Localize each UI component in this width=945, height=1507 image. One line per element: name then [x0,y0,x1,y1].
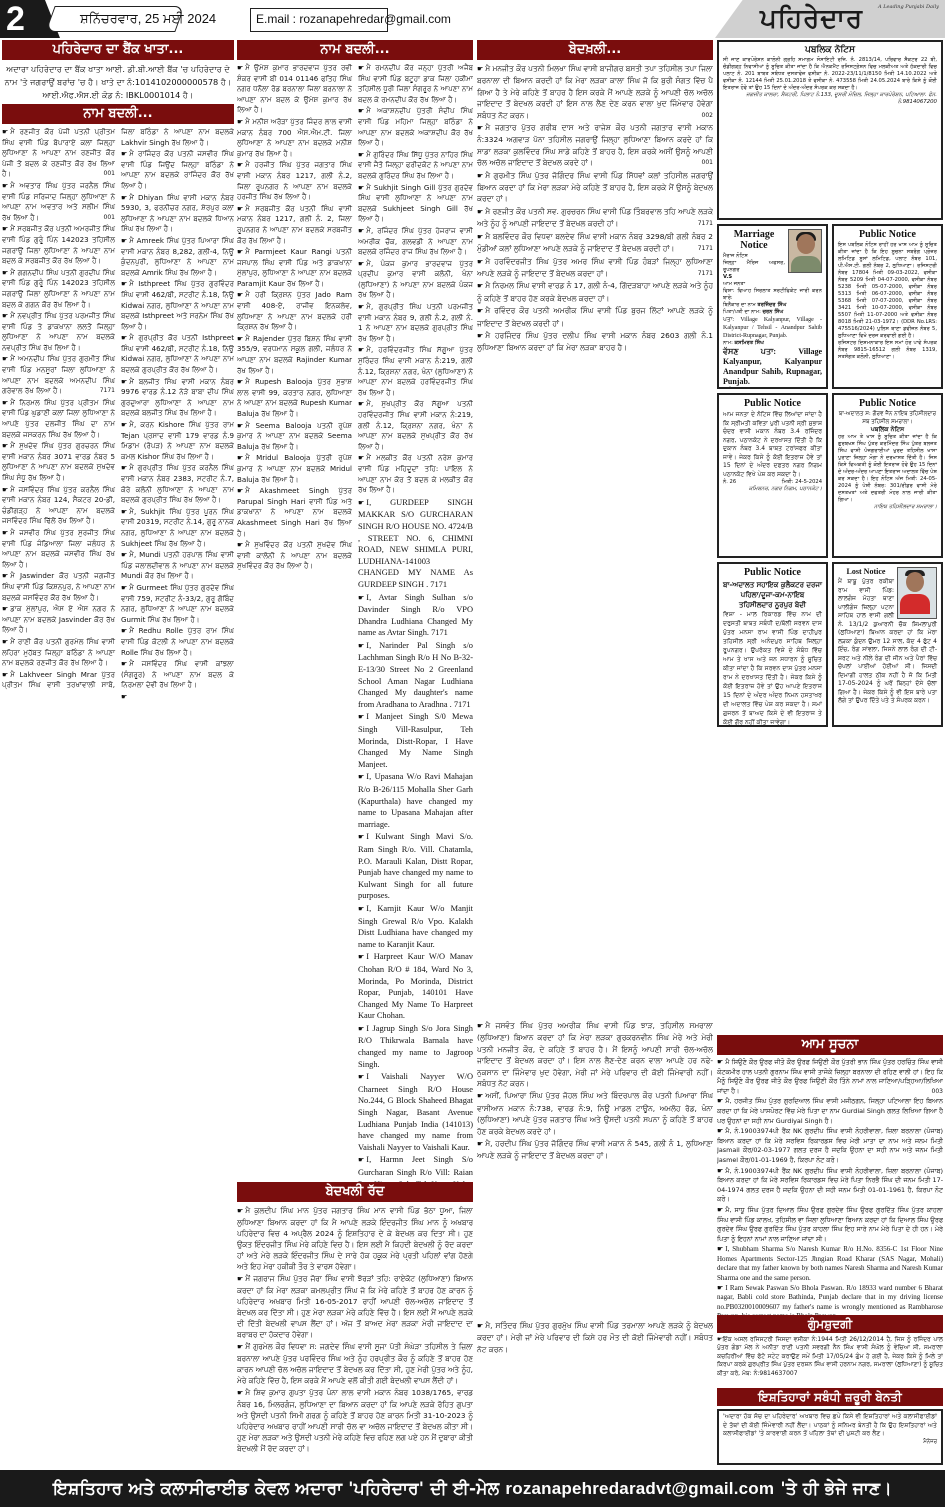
pointing-hand-icon: ☛ [477,172,483,180]
list-item: ☛ਮੈ ਉਮੇਸ਼ ਕੁਮਾਰ ਭਾਰਦਵਾਜ ਪੁੱਤਰ ਰਵੀ ਸ਼ੰਕਰ … [237,63,352,116]
footer-email[interactable]: rozanapehredaradvt@gmail.com [505,1479,774,1498]
list-item: ☛ਮੈ Parmjeet Kaur Rangi ਪਤਨੀ ਜਸਪਾਲ ਸਿੰਘ … [237,247,352,289]
list-item: ☛ਮੈ Akashmeet Singh ਪੁੱਤਰ Parupal Singh … [237,486,352,539]
pointing-hand-icon: ☛ [121,551,127,559]
list-item: ☛ਮੈ ਰਵਿੰਦਰ ਕੌਰ ਪਤਨੀ ਅਮਰੀਕ ਸਿੰਘ ਵਾਸੀ ਪਿੰਡ… [477,305,713,329]
list-item: ☛ਮੈ ਹਰਜੀਤ ਸਿੰਘ ਪੁੱਤਰ ਜਗਤਾਰ ਸਿੰਘ ਵਾਸੀ ਮਕਾ… [237,160,352,202]
list-item: ☛ਮੈਂ ਸਰਬਜੀਤ ਕੌਰ ਪਤਨੀ ਅਮਰਜੀਤ ਸਿੰਘ ਵਾਸੀ ਪਿ… [2,224,115,266]
list-item: ☛ਡਾਕ ਮੁੱਲਾਂਪੁਰ, ਐਸ ਏ ਐਸ ਨਗਰ ਨੇ ਆਪਣਾ ਨਾਮ … [2,604,115,636]
lost-property-heading: ਗੁੰਮਸ਼ੁਦਗੀ [717,1315,943,1333]
pointing-hand-icon: ☛ [121,660,127,668]
pointing-hand-icon: ☛ [121,194,127,202]
list-item: ☛I, GURDEEP SINGH MAKKAR S/O GURCHARAN S… [358,497,473,591]
pointing-hand-icon: ☛ [237,1389,243,1397]
list-item: ☛ਮੈ, ਸੁਖਪ੍ਰੀਤ ਕੌਰ ਸੱਗੂਆ ਪਤਨੀ ਹਰਵਿੰਦਰਜੀਤ … [358,399,473,452]
list-item: ☛ਮੈ ਰਮਨਦੀਪ ਕੌਰ ਜਨ੍ਹਾ ਪੁੱਤਰੀ ਅਜੈਬ ਸਿੰਘ ਵਾ… [358,63,473,105]
list-item: ☛ਮੈ Isthpreet ਸਿੰਘ ਪੁੱਤਰ ਗੁਰਵਿੰਦਰ ਸਿੰਘ ਵ… [121,279,234,332]
name-change-heading: ਨਾਮ ਬਦਲੀ... [2,104,234,124]
list-item: ☛ਮੈਂ ਸੁਖਦੇਵ ਸਿੰਘ ਪੁੱਤਰ ਗੁਰਚਰਨ ਸਿੰਘ ਵਾਸੀ … [2,441,115,483]
pointing-hand-icon: ☛ [237,335,243,343]
list-item: ☛ਮੈ ਗੁਰਿੰਦਰ ਸਿੰਘ ਸਿੱਧੂ ਪੁੱਤਰ ਨਾਹਿਰ ਸਿੰਘ … [358,150,473,182]
pointing-hand-icon: ☛ [717,1245,723,1253]
pointing-hand-icon: ☛ [358,400,364,408]
pointing-hand-icon: ☛ [237,161,243,169]
pointing-hand-icon: ☛ [358,1156,364,1164]
pointing-hand-icon: ☛ [477,233,483,241]
list-item: ☛I, Shubham Sharma S/o Naresh Kumar R/o … [717,1245,943,1283]
masthead: 2 ਸ਼ਨਿੱਚਰਵਾਰ, 25 ਮਈ 2024 E.mail : rozana… [0,0,945,38]
list-item: ☛ਮੈ Gurmeet ਸਿੰਘ ਪੁੱਤਰ ਗੁਰਦੇਵ ਸਿੰਘ ਵਾਸੀ … [121,583,234,625]
list-item: ☛ਮੈ, ਗੁਰਪ੍ਰੀਤ ਸਿੰਘ ਪਤਨੀ ਪਰਮਜੀਤ ਵਾਸੀ ਮਕਾਨ… [358,302,473,344]
pointing-hand-icon: ☛ [477,1322,483,1330]
english-name-changes: ☛I, GURDEEP SINGH MAKKAR S/O GURCHARAN S… [358,497,473,1203]
list-item: ☛ਮੈਂ ਰਾਣੀ ਕੌਰ ਪਤਨੀ ਗੁਰਮੇਲ ਸਿੰਘ ਵਾਸੀ ਲਹਿਰ… [2,637,115,669]
list-item: ☛ਮੈ ਰਾਜਿੰਦਰ ਕੌਰ ਪਤਨੀ ਜਸਵੀਰ ਸਿੰਘ ਵਾਸੀ ਪਿੰ… [121,149,234,191]
list-item: ☛ਮੈ ਸ਼ਿਵ ਕੁਮਾਰ ਗੁਪਤਾ ਪੁੱਤਰ ਪੰਨਾ ਲਾਲ ਵਾਸੀ… [237,1387,473,1454]
public-notice-lost-deeds: Public Notice ਇਸ ਪਬਲਿਕ ਨੋਟਿਸ ਰਾਹੀਂ ਹਰ ਖਾ… [832,224,943,389]
pointing-hand-icon: ☛ [477,65,483,73]
list-item: ☛ਮੈ, ਹਰਦੀਪ ਸਿੰਘ ਪੁੱਤਰ ਜੋਗਿੰਦਰ ਸਿੰਘ ਵਾਸੀ … [477,1138,713,1162]
list-item: ☛ਮੈਂ ਮਲਕੀਤ ਕੌਰ ਪਤਨੀ ਨਰੇਸ਼ ਕੁਮਾਰ ਵਾਸੀ ਪਿੰ… [358,453,473,495]
list-item: ☛ਮੈ, ਹਰਜੀਤ ਸਿੰਘ ਪੁੱਤਰ ਗੁਰਦਿਆਲ ਸਿੰਘ ਵਾਸੀ … [717,1097,943,1126]
pointing-hand-icon: ☛ [2,128,8,136]
list-item: ☛ਮੈ, ਪੰਕਜ ਕੁਮਾਰ ਭਾਰਦਵਾਜ ਪੁੱਤਰ ਪ੍ਰਦੀਪ ਕੁਮ… [358,259,473,301]
logo-tagline: A Leading Punjabi Daily [878,4,939,10]
public-notice-nurpur-bedi: Public Notice ਬਾ-ਅਦਾਲਤ ਸਹਾਇਕ ਕੁਲੈਕਟਰ ਦਰਜ… [717,562,828,727]
list-item: ☛ਮੈ ਰਣਜੀਤ ਕੌਰ ਪੇਜੀ ਪਤਨੀ ਪ੍ਰੀਤਮ ਸਿੰਘ ਵਾਸੀ… [2,127,115,180]
pointing-hand-icon: ☛ [121,464,127,472]
pointing-hand-icon: ☛ [358,260,364,268]
list-item: ☛I, Upasana W/o Ravi Mahajan R/o B-26/11… [358,771,473,830]
pointing-hand-icon: ☛ [358,833,364,841]
list-item: ☛ਮੈਂ ਜਗਰਾਜ ਸਿੰਘ ਪੁੱਤਰ ਜੋਰਾ ਸਿੰਘ ਵਾਸੀ ਝੋਰ… [237,1273,473,1340]
issue-date: ਸ਼ਨਿੱਚਰਵਾਰ, 25 ਮਈ 2024 [80,11,216,27]
pointing-hand-icon: ☛ [237,291,243,299]
pointing-hand-icon: ☛ [2,442,8,450]
pointing-hand-icon: ☛ [358,454,364,462]
pointing-hand-icon: ☛ [477,332,483,340]
pointing-hand-icon: ☛ [358,303,364,311]
list-item: ☛ਮੈ ਹਰਜਿੰਦਰ ਸਿੰਘ ਪੁੱਤਰ ਦਲੀਪ ਸਿੰਘ ਵਾਸੀ ਮਕ… [477,330,713,354]
list-item: ☛ [121,692,234,703]
list-item: ☛ਮੈਂ ਗੁਰਮੇਲ ਕੌਰ ਵਿਧਵਾ ਸ: ਜਗਦੇਵ ਸਿੰਘ ਵਾਸੀ… [237,1341,473,1386]
list-item: ☛ਮੈ, ਸਾਧੂ ਸਿੰਘ ਪੁੱਤਰ ਦਿਆਲ ਸਿੰਘ ਉਰਫ ਗੁਰਦੇ… [717,1206,943,1244]
pointing-hand-icon: ☛ [477,282,483,290]
list-item: ☛ਮੈਂ Dhiyan ਸਿੰਘ ਵਾਸੀ ਮਕਾਨ ਨੰਬਰ 5930, 3,… [121,193,234,235]
list-item: ☛ਮੈ ਬਲਵਿੰਦਰ ਕੌਰ ਵਿਧਵਾ ਬਲਦੇਵ ਸਿੰਘ ਵਾਸੀ ਮਕ… [477,231,713,255]
list-item: ☛I, Narinder Pal Singh s/o Lachhman Sing… [358,640,473,711]
pointing-hand-icon: ☛ [477,1022,483,1030]
pointing-hand-icon: ☛ [237,1275,243,1283]
list-item: ☛ਮੈ ਜਸਵੀਰ ਸਿੰਘ ਪੁੱਤਰ ਸੁਰਜੀਤ ਸਿੰਘ ਵਾਸੀ ਪਿ… [2,528,115,570]
name-change-list-a: ☛ਮੈ ਉਮੇਸ਼ ਕੁਮਾਰ ਭਾਰਦਵਾਜ ਪੁੱਤਰ ਰਵੀ ਸ਼ੰਕਰ … [237,63,352,1203]
list-item: ☛ਮੈ ਸਰਬਜੀਤ ਕੌਰ ਪਤਨੀ ਸਿੰਘ ਵਾਸੀ ਮਕਾਨ ਨੰਬਰ … [237,204,352,246]
column-1: ਪਹਿਰੇਦਾਰ ਦਾ ਬੈਂਕ ਖਾਤਾ... ਅਦਾਰਾ ਪਹਿਰੇਦਾਰ … [2,40,234,1460]
pointing-hand-icon: ☛ [237,1207,243,1215]
lost-child-notice: Lost Notice ਮੈਂ ਬਾਬੂ ਪੁੱਤਰ ਰਕੀਬਾ ਰਾਮ ਵਾਸ… [832,562,943,727]
list-item: ☛ਅਸੀਂ, ਪਿਆਰਾ ਸਿੰਘ ਪੁੱਤਰ ਜੋਹਲ ਸਿੰਘ ਅਤੇ ਬਿ… [477,1090,713,1137]
pointing-hand-icon: ☛ [121,627,127,635]
pointing-hand-icon: ☛ [2,399,8,407]
list-item: ☛ਮੈ ਜਗਤਾਰ ਪੁੱਤਰ ਗਰੀਬ ਦਾਸ ਅਤੇ ਰਾਜੇਸ਼ ਕੌਰ … [477,122,713,169]
cancellation-heading: ਬੇਦਖਲੀ ਰੱਦ [237,1182,473,1202]
pointing-hand-icon: ☛ [358,227,364,235]
pointing-hand-icon: ☛ [237,487,243,495]
bank-account-heading: ਪਹਿਰੇਦਾਰ ਦਾ ਬੈਂਕ ਖਾਤਾ... [2,40,234,60]
list-item: ☛ਮੈ ਹਰਵਿੰਦਰਜੀਤ ਸਿੰਘ ਪੁੱਤਰ ਅਮਰ ਸਿੰਘ ਵਾਸੀ … [477,256,713,280]
list-item: ☛ਮੈ, Mundi ਪਤਨੀ ਹਰਪਾਲ ਸਿੰਘ ਵਾਸੀ ਪਿੰਡ ਜਲਾ… [121,550,234,582]
pointing-hand-icon: ☛ [358,905,364,913]
list-item: ☛ਮੈ ਮਨੀਸ਼ ਅਰੋੜਾ ਪੁੱਤਰ ਜਿੰਦਰ ਲਾਲ ਵਾਸੀ ਮਕਾ… [237,117,352,159]
list-item: ☛ਮੈ, ਨੰ.19003974ਪੀ ਰੈਂਕ NK ਗੁਰਦੀਪ ਸਿੰਘ ਵ… [717,1127,943,1165]
pointing-hand-icon: ☛ [717,1097,723,1105]
list-item: ☛ਮੈ ਗੁਰਪ੍ਰੀਤ ਕੌਰ ਪਤਨੀ Isthpreet ਸਿੰਘ ਵਾਸ… [121,333,234,375]
list-item: ☛I, Karnjit Kaur W/o Manjit Singh Grewal… [358,903,473,950]
pointing-hand-icon: ☛ [717,1284,723,1292]
groom-photo [788,229,822,273]
pointing-hand-icon: ☛ [237,378,243,386]
list-item: ☛I Ram Sewak Paswan S/o Bhola Paswan. R/… [717,1284,943,1315]
pointing-hand-icon: ☛ [2,355,8,363]
pointing-hand-icon: ☛ [237,422,243,430]
advert-disclaimer: ਇਸ਼ਤਿਹਾਰਾਂ ਸਬੰਧੀ ਜ਼ਰੂਰੀ ਬੇਨਤੀ 'ਅਦਾਰਾ ਹੱਕ… [717,1388,943,1468]
list-item: ☛ਮੈ ਅਵਤਾਰ ਸਿੰਘ ਪੁੱਤਰ ਜਰਨੈਲ ਸਿੰਘ ਵਾਸੀ ਪਿੰ… [2,181,115,223]
pointing-hand-icon: ☛ [2,182,8,190]
pointing-hand-icon: ☛ [2,486,8,494]
list-item: ☛ਮੈ Amreek ਸਿੰਘ ਪੁੱਤਰ ਪਿਆਰਾ ਸਿੰਘ ਵਾਸੀ ਮਕ… [121,236,234,278]
list-item: ☛ਮੈ ਨਿਰਮਲ ਸਿੰਘ ਵਾਸੀ ਵਾਰਡ ਨੰ 17, ਗਲੀ ਨੰ-4… [477,280,713,304]
pointing-hand-icon: ☛ [717,1167,723,1175]
pointing-hand-icon: ☛ [121,508,127,516]
public-notice-society: ਪਬਲਿਕ ਨੋਟਿਸ ਸੀ ਜਾਣ ਕਾਰਪੋਰੇਸ਼ਨ ਕਾਲੋਨੀ ਗ੍ਰ… [717,40,943,220]
pointing-hand-icon: ☛ [717,1127,723,1135]
pointing-hand-icon: ☛ [121,378,127,386]
pointing-hand-icon: ☛ [2,638,8,646]
footer-text-end: 'ਤੇ ਹੀ ਭੇਜੇ ਜਾਣ। [780,1479,892,1499]
footer-banner: ਇਸ਼ਤਿਹਾਰ ਅਤੇ ਕਲਾਸੀਫਾਈਡ ਕੇਵਲ ਅਦਾਰਾ 'ਪਹਿਰੇ… [0,1470,945,1507]
marriage-notice: Marriage Notice ਮੈਰਾਜ ਨੋਟਿਸ ਜ਼ਿਲ੍ਹਾ ਮੈਰਿ… [717,224,828,389]
list-item: ☛ਮੈ ਗੁਰਪ੍ਰੀਤ ਸਿੰਘ ਪੁੱਤਰ ਕਰਨੈਲ ਸਿੰਘ ਵਾਸੀ … [121,463,234,505]
pointing-hand-icon: ☛ [237,205,243,213]
public-notice-pathankot: Public Notice ਆਮ ਜਨਤਾ ਦੇ ਨੋਟਿਸ ਵਿੱਚ ਲਿਆਂ… [717,393,828,558]
list-item: ☛ਮੈਂ ਜਸਵਿੰਦਰ ਸਿੰਘ ਵਾਸੀ ਕਾਂਝਲਾ (ਸੰਗਰੂਰ) ਨ… [121,659,234,691]
pointing-hand-icon: ☛ [358,499,364,507]
pointing-hand-icon: ☛ [121,334,127,342]
list-item: ☛ਮੈ Rupesh Balooja ਪੁੱਤਰ ਸੁਭਾਸ਼ ਲਾਲ ਵਾਸੀ… [237,377,352,419]
disinheritance-bottom: ☛ਮੈ, ਸਤਿੰਦਰ ਸਿੰਘ ਪੁੱਤਰ ਗੁਰਮੁੱਖ ਸਿੰਘ ਵਾਸੀ… [477,1320,713,1460]
pointing-hand-icon: ☛ [121,237,127,245]
list-item: ☛ਮੈ, ਰਜਿੰਦਰ ਸਿੰਘ ਪੁੱਤਰ ਹੇਜਰਾਜ ਵਾਸੀ ਅਮਰੀਕ… [358,226,473,258]
list-item: ☛I, Avtar Singh Sulhan s/o Davinder Sing… [358,592,473,639]
name-change-heading-2: ਨਾਮ ਬਦਲੀ... [237,40,473,60]
footer-text: ਇਸ਼ਤਿਹਾਰ ਅਤੇ ਕਲਾਸੀਫਾਈਡ ਕੇਵਲ ਅਦਾਰਾ 'ਪਹਿਰੇ… [53,1479,499,1499]
pointing-hand-icon: ☛ [237,64,243,72]
pointing-hand-icon: ☛ [477,258,483,266]
newspaper-logo: ਪਹਿਰੇਦਾਰ [760,4,863,35]
pointing-hand-icon: ☛ [477,208,483,216]
list-item: ☛ਮੈ ਜਸਵਿੰਦਰ ਸਿੰਘ ਪੁੱਤਰ ਕਰਨੈਲ ਸਿੰਘ ਵਾਸੀ ਮ… [2,485,115,527]
pointing-hand-icon: ☛ [358,107,364,115]
list-item: ☛I Harpreet Kaur W/O Manav Chohan R/O # … [358,951,473,1022]
list-item: ☛ਮੈਂ ਅਮਨਦੀਪ ਸਿੰਘ ਪੁੱਤਰ ਗੁਰਮੀਤ ਸਿੰਘ ਵਾਸੀ … [2,354,115,396]
list-item: ☛ਮੈ, ਹਰਵਿੰਦਰਜੀਤ ਸਿੰਘ ਸੱਗੂਆ ਪੁੱਤਰ ਸੁਰਿੰਦਰ… [358,345,473,398]
list-item: ☛ਮੈ ਮਨਜੀਤ ਕੌਰ ਪਤਨੀ ਮਿਲਖਾ ਸਿੰਘ ਵਾਸੀ ਬਾਜੀਗ… [477,63,713,121]
pointing-hand-icon: ☛ [477,124,483,132]
pointing-hand-icon: ☛ [121,693,127,701]
pointing-hand-icon: ☛ [358,953,364,961]
pointing-hand-icon: ☛ [477,307,483,315]
pointing-hand-icon: ☛ [717,1058,723,1066]
pointing-hand-icon: ☛ [358,1073,364,1081]
page-number: 2 [6,0,25,38]
notice-title: ਪਬਲਿਕ ਨੋਟਿਸ [723,45,937,55]
pointing-hand-icon: ☛ [2,269,8,277]
pointing-hand-icon: ☛ [358,64,364,72]
pointing-hand-icon: ☛ [358,773,364,781]
pointing-hand-icon: ☛ [237,248,243,256]
list-item: ☛ਮੈ Seema Balooja ਪਤਨੀ ਰੁਪੇਸ਼ ਕੁਮਾਰ ਨੇ ਆ… [237,421,352,453]
email-address[interactable]: E.mail : rozanapehredar@gmail.com [256,12,451,26]
pointing-hand-icon: ☛ [358,713,364,721]
public-notice-samrala: Public Notice ਬਾ-ਅਦਾਲਤ ਸ: ਗੌਰਵ ਜੈਨ ਨਾਇਬ … [832,393,943,558]
list-item: ☛ਮੈ ਰਣਜੀਤ ਕੌਰ ਪਤਨੀ ਸਵ. ਗੁਰਚਰਨ ਸਿੰਘ ਵਾਸੀ … [477,206,713,230]
list-item: ☛ਮੈਂ ਨਵਪ੍ਰੀਤ ਸਿੰਘ ਪੁੱਤਰ ਪਰਮਜੀਤ ਸਿੰਘ ਵਾਸੀ… [2,311,115,353]
pointing-hand-icon: ☛ [717,1206,723,1214]
list-item: ☛ਮੈ ਕੁਲਦੀਪ ਸਿੰਘ ਮਾਨ ਪੁੱਤਰ ਜਗਤਾਰ ਸਿੰਘ ਮਾਨ… [237,1205,473,1272]
list-item: ☛ਮੈਂ ਬਲਜੀਤ ਸਿੰਘ ਵਾਸੀ ਮਕਾਨ ਨੰਬਰ 9976 ਵਾਰਡ… [121,377,234,419]
name-change-list: ☛ਮੈ ਰਣਜੀਤ ਕੌਰ ਪੇਜੀ ਪਤਨੀ ਪ੍ਰੀਤਮ ਸਿੰਘ ਵਾਸੀ… [2,127,234,702]
column-4: ਪਬਲਿਕ ਨੋਟਿਸ ਸੀ ਜਾਣ ਕਾਰਪੋਰੇਸ਼ਨ ਕਾਲੋਨੀ ਗ੍ਰ… [717,40,943,920]
lost-property-text: ☛ਇੱਕ ਅਸਲ ਰਜਿਸਟਰੀ ਜਿਸਦਾ ਵਸੀਕਾ ਨੰ:1944 ਮਿਤ… [717,1336,943,1377]
pointing-hand-icon: ☛ [2,671,8,679]
pointing-hand-icon: ☛ [2,605,8,613]
pointing-hand-icon: ☛ [358,642,364,650]
list-item: ☛ਮੈਂ ਨਿਰਮਲ ਸਿੰਘ ਪੁੱਤਰ ਪ੍ਰੀਤਮ ਸਿੰਘ ਵਾਸੀ ਪ… [2,398,115,440]
pointing-hand-icon: ☛ [358,594,364,602]
pointing-hand-icon: ☛ [358,151,364,159]
pointing-hand-icon: ☛ [2,529,8,537]
pointing-hand-icon: ☛ [237,454,243,462]
disinheritance-heading: ਬੇਦਖ਼ਲੀ... [477,40,713,60]
pointing-hand-icon: ☛ [477,1092,483,1100]
list-item: ☛ਮੈ ਸੁਖਵਿੰਦਰ ਕੌਰ ਪਤਨੀ ਸੁਖਦੇਵ ਸਿੰਘ ਵਾਸੀ ਕ… [237,540,352,572]
bank-account-text: ਅਦਾਰਾ ਪਹਿਰੇਦਾਰ ਦਾ ਬੈਂਕ ਖਾਤਾ ਆਈ. ਡੀ.ਬੀ.ਆਈ… [2,63,234,102]
list-item: ☛ਮੈ ਜਸਵੰਤ ਸਿੰਘ ਪੁੱਤਰ ਅਮਰੀਕ ਸਿੰਘ ਵਾਸੀ ਪਿੰ… [477,1020,713,1089]
list-item: ☛I Manjeet Singh S/0 Mewa Singh Vill-Ras… [358,711,473,770]
list-item: ☛ਮੈਂ Redhu Rolle ਪੁੱਤਰ ਰਾਮ ਸਿੰਘ ਵਾਸੀ ਪਿੰ… [121,626,234,658]
pointing-hand-icon: ☛ [121,421,127,429]
list-item: ☛ਮੈ, ਸਤਿੰਦਰ ਸਿੰਘ ਪੁੱਤਰ ਗੁਰਮੁੱਖ ਸਿੰਘ ਵਾਸੀ… [477,1320,713,1355]
pointing-hand-icon: ☛ [121,280,127,288]
pointing-hand-icon: ☛ [121,150,127,158]
list-item: ☛ਮੈ Sukhjit Singh Gill ਪੁੱਤਰ ਗੁਰਦੇਵ ਸਿੰਘ… [358,183,473,225]
pointing-hand-icon: ☛ [237,118,243,126]
pointing-hand-icon: ☛ [358,184,364,192]
cancellation-section: ਬੇਦਖਲੀ ਰੱਦ ☛ਮੈ ਕੁਲਦੀਪ ਸਿੰਘ ਮਾਨ ਪੁੱਤਰ ਜਗਤ… [237,1182,473,1460]
list-item: ☛I Vaishali Nayyer W/O Charneet Singh R/… [358,1071,473,1153]
list-item: ☛ਮੈ ਹਰੀ ਕ੍ਰਿਸ਼ਨ ਪੁੱਤਰ Jado Ram ਵਾਸੀ 408-… [237,290,352,332]
pointing-hand-icon: ☛ [237,1343,243,1351]
disinheritance-continued: ☛ਮੈ ਜਸਵੰਤ ਸਿੰਘ ਪੁੱਤਰ ਅਮਰੀਕ ਸਿੰਘ ਵਾਸੀ ਪਿੰ… [477,1020,713,1320]
general-notice: ਆਮ ਸੂਚਨਾ ☛ਮੈ ਸਿਉਣੋ ਕੌਰ ਉਰਫ ਜੀਤੋ ਕੌਰ ਉਰਫ … [717,1035,943,1315]
list-item: ☛I Kulwant Singh Mavi S/o. Ram Singh R/o… [358,831,473,902]
list-item: ☛ਮੈ, ਕਰਨ Kishore ਸਿੰਘ ਪੁੱਤਰ ਰਾਮ Tejan ਪ੍… [121,420,234,462]
list-item: ☛ਮੈ Jaswinder ਕੌਰ ਪਤਨੀ ਜਗਜੀਤ ਸਿੰਘ ਵਾਸੀ ਪ… [2,571,115,603]
list-item: ☛ਮੈ ਗੁਰਮੀਤ ਸਿੰਘ ਪੁੱਤਰ ਜੋਗਿੰਦਰ ਸਿੰਘ ਵਾਸੀ … [477,170,713,205]
pointing-hand-icon: ☛ [2,312,8,320]
list-item: ☛ਮੈ, ਨੰ.19003974ਪੀ ਰੈਂਕ NK ਗੁਰਦੀਪ ਸਿੰਘ ਵ… [717,1167,943,1205]
pointing-hand-icon: ☛ [358,1025,364,1033]
pointing-hand-icon: ☛ [121,584,127,592]
list-item: ☛ਮੈ ਸਿਉਣੋ ਕੌਰ ਉਰਫ ਜੀਤੋ ਕੌਰ ਉਰਫ ਜਿਉਣੀ ਕੌਰ… [717,1058,943,1096]
lost-property: ਗੁੰਮਸ਼ੁਦਗੀ ☛ਇੱਕ ਅਸਲ ਰਜਿਸਟਰੀ ਜਿਸਦਾ ਵਸੀਕਾ … [717,1315,943,1377]
pointing-hand-icon: ☛ [2,225,8,233]
list-item: ☛I Jagrup Singh S/o Jora Singh R/O Thikr… [358,1023,473,1070]
list-item: ☛ਮੈ, Sukhjit ਸਿੰਘ ਪੁੱਤਰ ਪੂਰਨ ਸਿੰਘ ਵਾਸੀ 2… [121,507,234,549]
pointing-hand-icon: ☛ [477,1140,483,1148]
list-item: ☛ਮੈ Rajender ਪੁੱਤਰ ਬਿਸ਼ਨ ਸਿੰਘ ਵਾਸੀ 355/9… [237,334,352,376]
list-item: ☛ਮੈ ਅਕਾਸ਼ਨਦੀਪ ਪੁੱਤਰੀ ਸੰਦੀਪ ਸਿੰਘ ਵਾਸੀ ਪਿੰ… [358,106,473,148]
list-item: ☛ਮੈਂ ਗਗਨਦੀਪ ਸਿੰਘ ਪਤਨੀ ਗੁਰਦੀਪ ਸਿੰਘ ਵਾਸੀ ਪ… [2,268,115,310]
pointing-hand-icon: ☛ [358,346,364,354]
list-item: ☛ਮੈ Mridul Balooja ਪੁੱਤਰੀ ਰੁਪੇਸ਼ ਕੁਮਾਰ ਨ… [237,453,352,485]
name-change-list-b: ☛ਮੈ ਰਮਨਦੀਪ ਕੌਰ ਜਨ੍ਹਾ ਪੁੱਤਰੀ ਅਜੈਬ ਸਿੰਘ ਵਾ… [358,63,473,1203]
missing-child-photo [897,567,937,619]
pointing-hand-icon: ☛ [2,572,8,580]
general-notice-heading: ਆਮ ਸੂਚਨਾ [717,1035,943,1055]
pointing-hand-icon: ☛ [237,541,243,549]
advert-disclaimer-heading: ਇਸ਼ਤਿਹਾਰਾਂ ਸਬੰਧੀ ਜ਼ਰੂਰੀ ਬੇਨਤੀ [717,1388,943,1406]
